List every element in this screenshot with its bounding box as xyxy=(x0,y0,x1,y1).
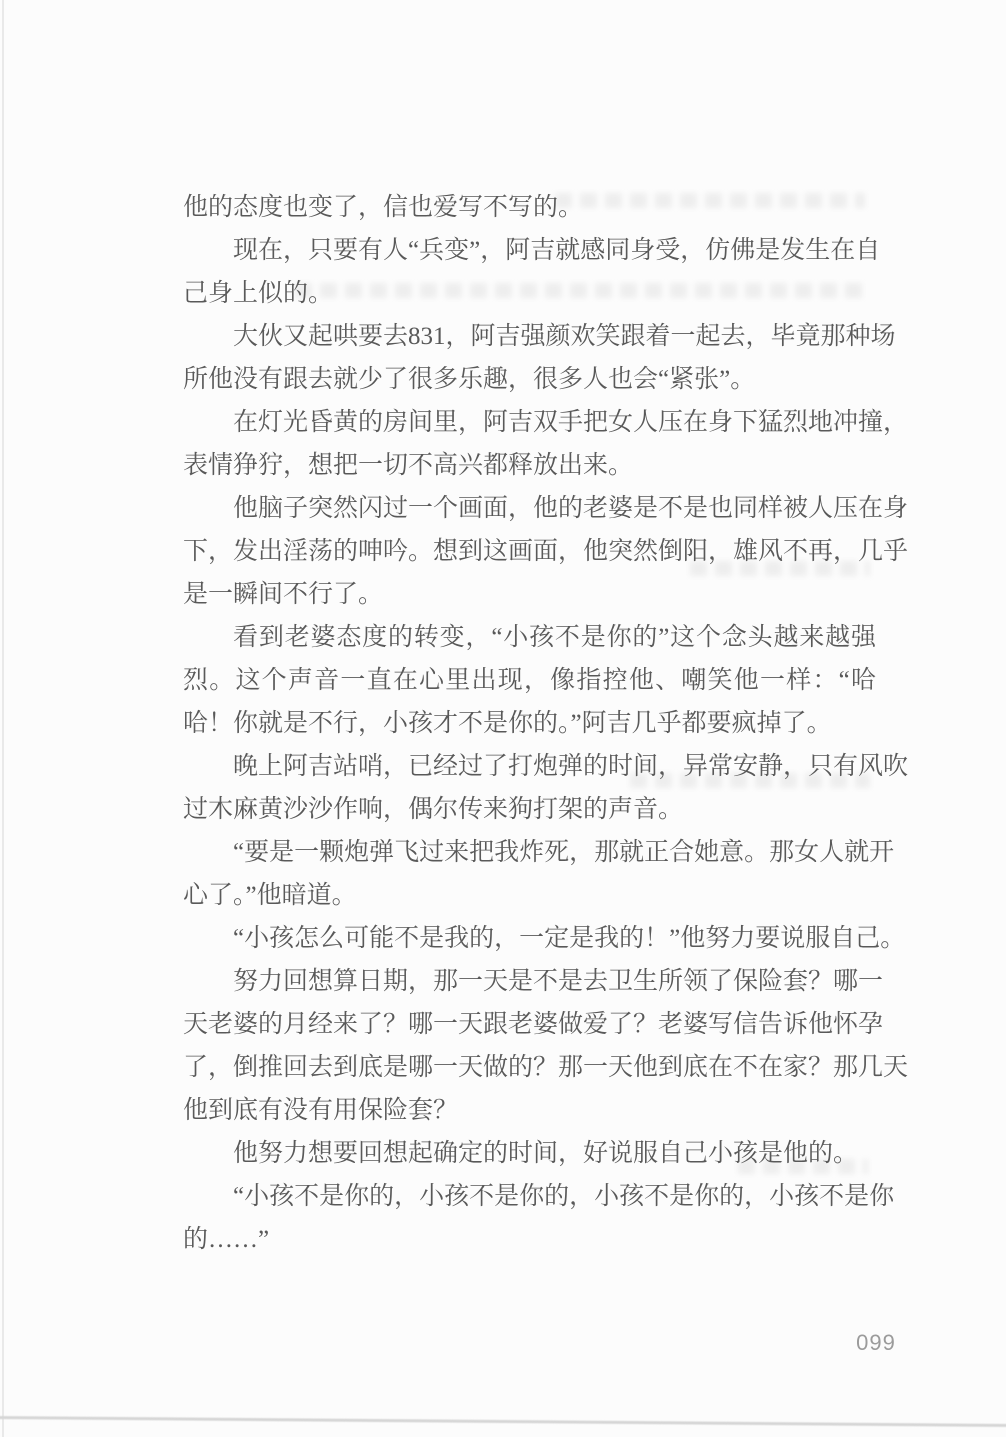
book-page: 他的态度也变了，信也爱写不写的。现在，只要有人“兵变”，阿吉就感同身受，仿佛是发… xyxy=(0,0,1006,1437)
text-line: 在灯光昏黄的房间里，阿吉双手把女人压在身下猛烈地冲撞， xyxy=(183,401,876,444)
text-line: 己身上似的。 xyxy=(183,272,876,315)
text-line: 了，倒推回去到底是哪一天做的？那一天他到底在不在家？那几天 xyxy=(183,1046,876,1089)
text-line: 下，发出淫荡的呻吟。想到这画面，他突然倒阳，雄风不再，几乎 xyxy=(183,530,876,573)
text-line: 的……” xyxy=(183,1218,876,1261)
text-line: 他脑子突然闪过一个画面，他的老婆是不是也同样被人压在身 xyxy=(183,487,876,530)
text-line: 看到老婆态度的转变，“小孩不是你的”这个念头越来越强 xyxy=(183,616,876,659)
text-line: 心了。”他暗道。 xyxy=(183,874,876,917)
text-line: 烈。这个声音一直在心里出现，像指控他、嘲笑他一样：“哈 xyxy=(183,659,876,702)
text-line: 过木麻黄沙沙作响，偶尔传来狗打架的声音。 xyxy=(183,788,876,831)
text-line: 他努力想要回想起确定的时间，好说服自己小孩是他的。 xyxy=(183,1132,876,1175)
text-line: 大伙又起哄要去831，阿吉强颜欢笑跟着一起去，毕竟那种场 xyxy=(183,315,876,358)
text-line: 是一瞬间不行了。 xyxy=(183,573,876,616)
text-line: 晚上阿吉站哨，已经过了打炮弹的时间，异常安静，只有风吹 xyxy=(183,745,876,788)
text-line: “要是一颗炮弹飞过来把我炸死，那就正合她意。那女人就开 xyxy=(183,831,876,874)
text-line: 哈！你就是不行，小孩才不是你的。”阿吉几乎都要疯掉了。 xyxy=(183,702,876,745)
text-line: 表情狰狞，想把一切不高兴都释放出来。 xyxy=(183,444,876,487)
page-left-edge-shadow xyxy=(2,0,4,1437)
text-line: 他到底有没有用保险套？ xyxy=(183,1089,876,1132)
page-number: 099 xyxy=(845,1330,907,1356)
text-line: “小孩不是你的，小孩不是你的，小孩不是你的，小孩不是你 xyxy=(183,1175,876,1218)
text-line: 努力回想算日期，那一天是不是去卫生所领了保险套？哪一 xyxy=(183,960,876,1003)
text-line: “小孩怎么可能不是我的，一定是我的！”他努力要说服自己。 xyxy=(183,917,876,960)
text-line: 现在，只要有人“兵变”，阿吉就感同身受，仿佛是发生在自 xyxy=(183,229,876,272)
text-line: 天老婆的月经来了？哪一天跟老婆做爱了？老婆写信告诉他怀孕 xyxy=(183,1003,876,1046)
body-text: 他的态度也变了，信也爱写不写的。现在，只要有人“兵变”，阿吉就感同身受，仿佛是发… xyxy=(183,186,876,1261)
text-line: 所他没有跟去就少了很多乐趣，很多人也会“紧张”。 xyxy=(183,358,876,401)
text-line: 他的态度也变了，信也爱写不写的。 xyxy=(183,186,876,229)
page-bottom-edge-shadow xyxy=(0,1416,1006,1427)
